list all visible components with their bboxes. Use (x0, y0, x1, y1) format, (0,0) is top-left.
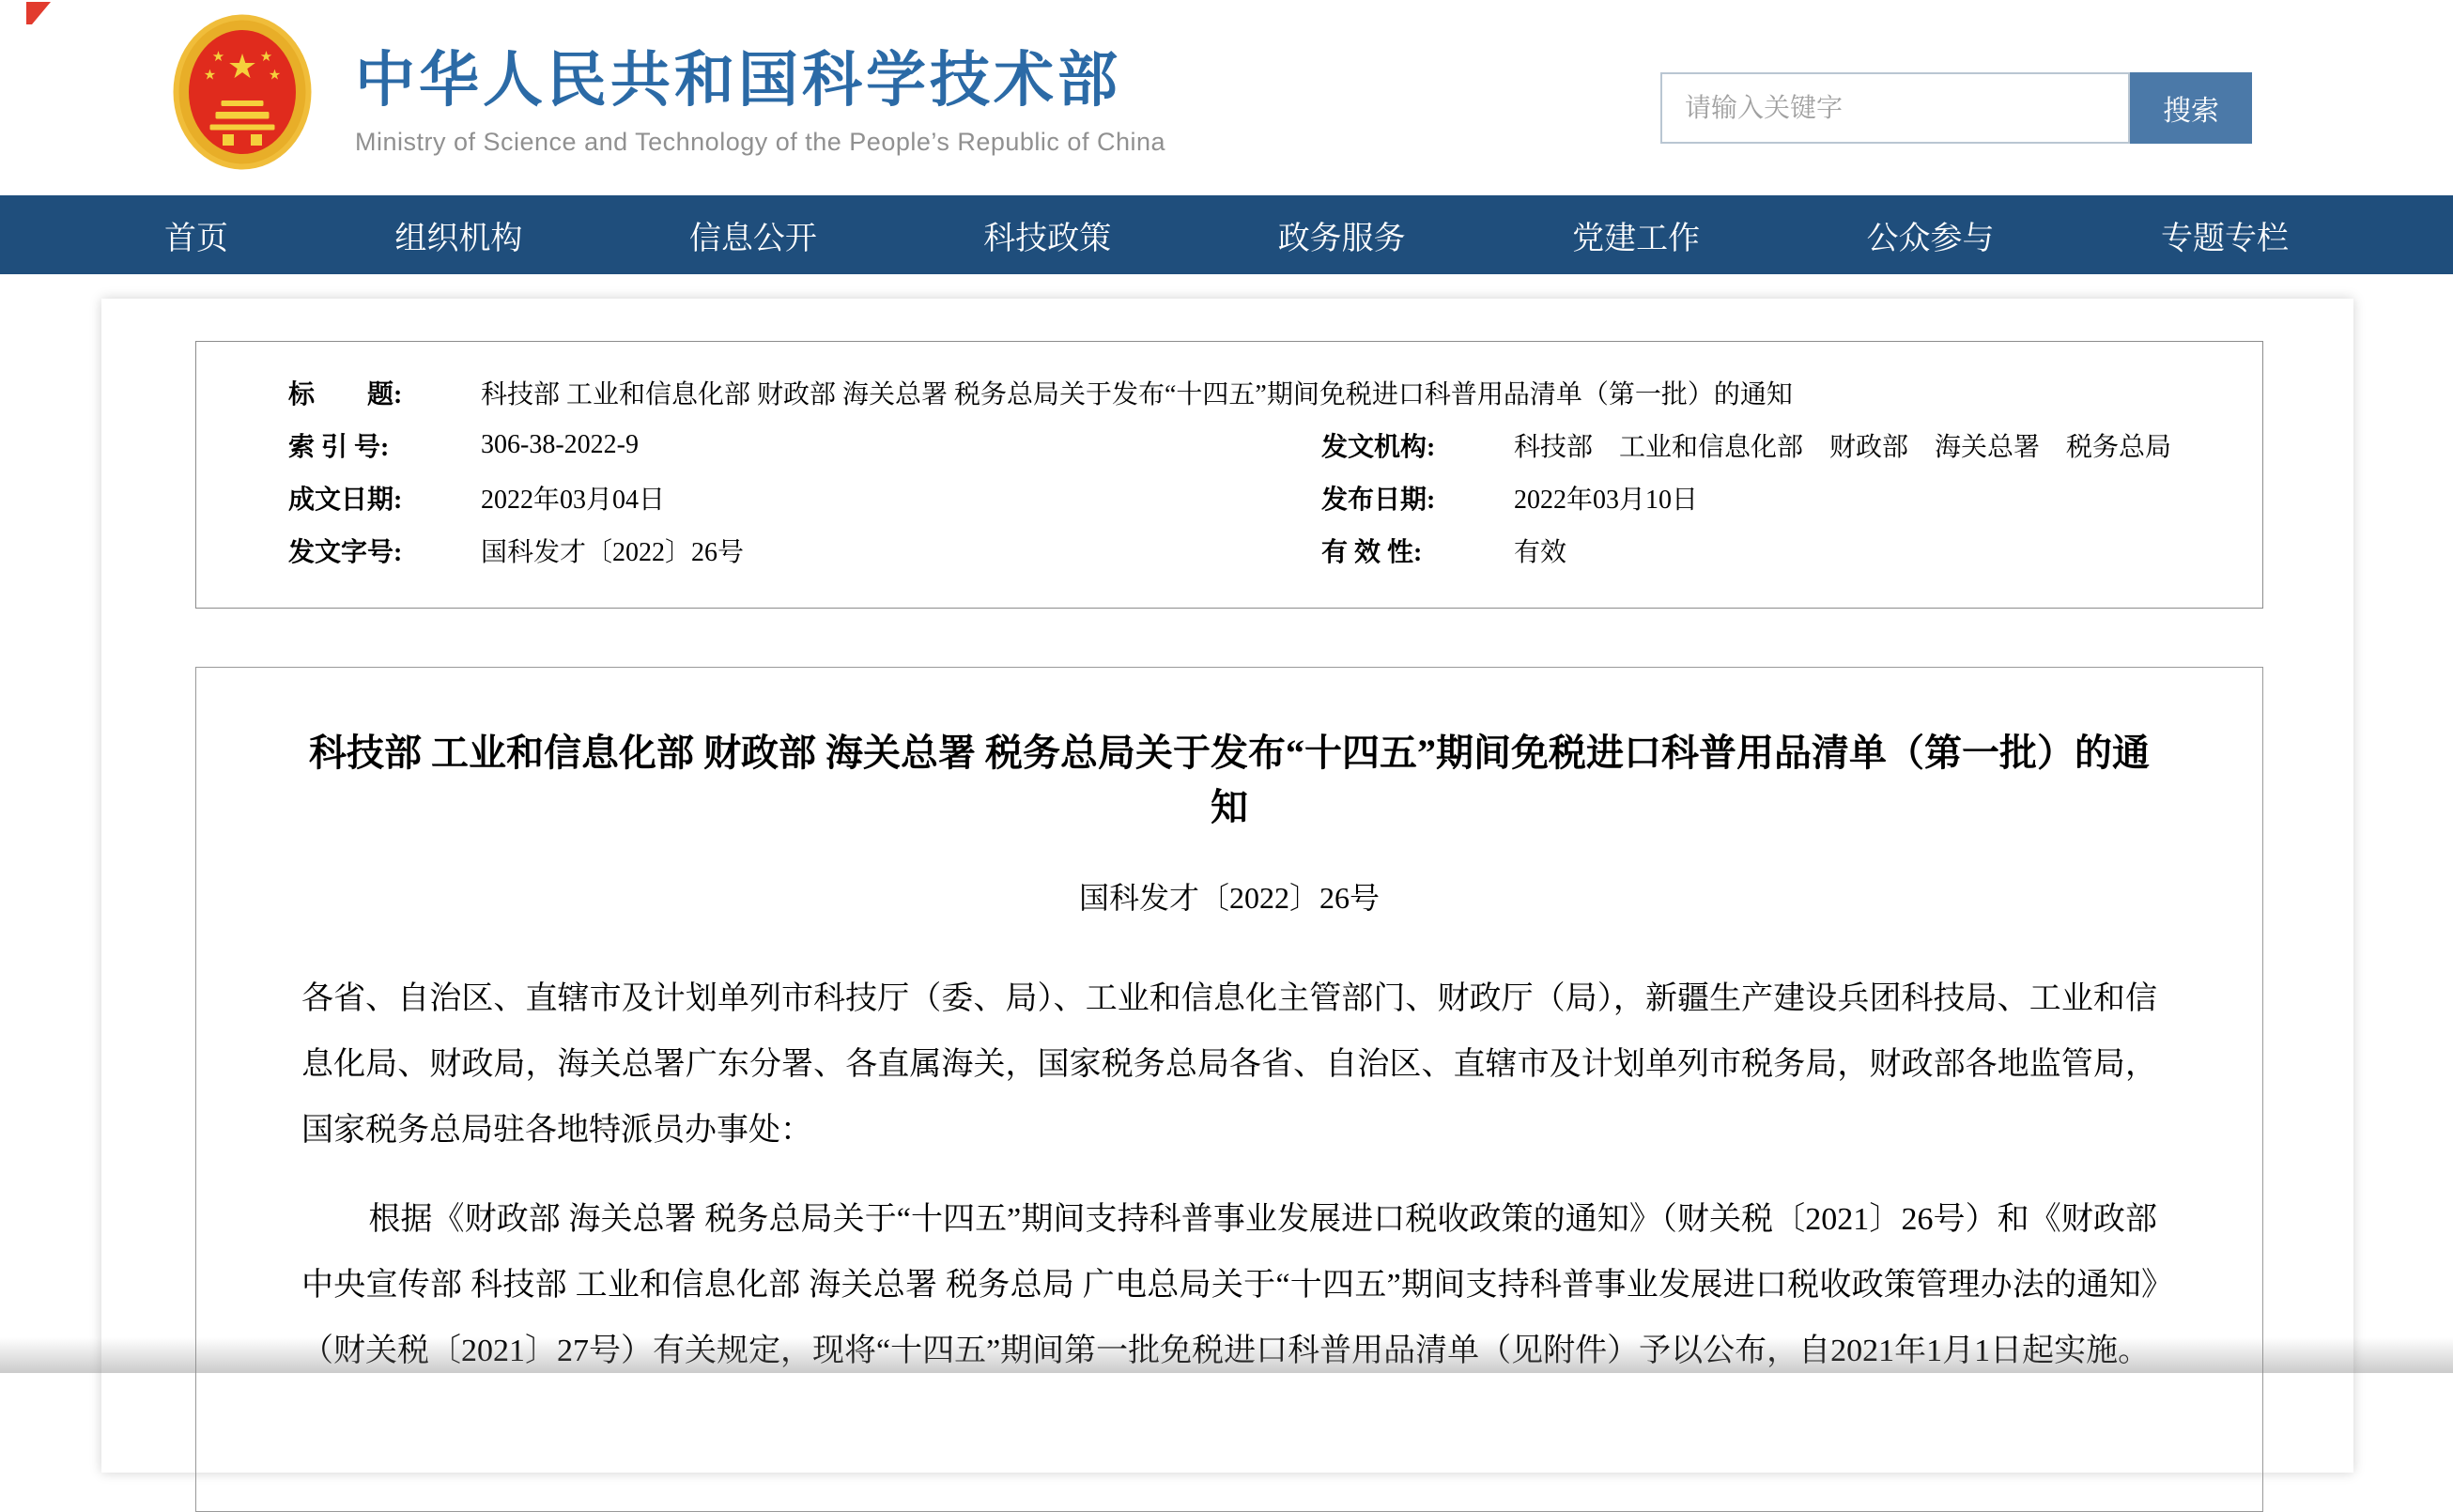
meta-title-label: 标 题: (288, 374, 481, 411)
corner-red-mark (26, 2, 51, 24)
document-title: 科技部 工业和信息化部 财政部 海关总署 税务总局关于发布“十四五”期间免税进口… (301, 726, 2157, 835)
nav-item-public-participation[interactable]: 公众参与 (1867, 212, 1995, 258)
svg-text:★: ★ (212, 49, 224, 65)
brand-block: 中华人民共和国科学技术部 Ministry of Science and Tec… (355, 32, 1165, 157)
nav-item-organization[interactable]: 组织机构 (394, 212, 522, 258)
meta-validity-value: 有效 (1514, 532, 2206, 569)
document-paragraph: 各省、自治区、直辖市及计划单列市科技厅（委、局）、工业和信息化主管部门、财政厅（… (301, 966, 2157, 1164)
meta-row: 成文日期: 2022年03月04日 发布日期: 2022年03月10日 (288, 471, 2206, 524)
meta-doc-number-value: 国科发才〔2022〕26号 (481, 532, 1321, 569)
site-subtitle: Ministry of Science and Technology of th… (355, 128, 1165, 157)
meta-title-value: 科技部 工业和信息化部 财政部 海关总署 税务总局关于发布“十四五”期间免税进口… (481, 374, 2206, 411)
document-body: 各省、自治区、直辖市及计划单列市科技厅（委、局）、工业和信息化主管部门、财政厅（… (301, 966, 2157, 1373)
meta-doc-number-label: 发文字号: (288, 532, 481, 569)
svg-text:★: ★ (227, 47, 257, 85)
svg-text:★: ★ (260, 49, 272, 65)
meta-publish-date-value: 2022年03月10日 (1514, 479, 2206, 517)
meta-publish-date-label: 发布日期: (1321, 479, 1514, 517)
nav-item-party-building[interactable]: 党建工作 (1572, 212, 1700, 258)
nav-item-sci-tech-policy[interactable]: 科技政策 (983, 212, 1111, 258)
meta-validity-label: 有 效 性: (1321, 532, 1514, 569)
search-bar: 搜索 (1660, 72, 2252, 144)
nav-item-information-disclosure[interactable]: 信息公开 (689, 212, 817, 258)
search-input[interactable] (1660, 72, 2130, 144)
nav-item-special-topics[interactable]: 专题专栏 (2161, 212, 2289, 258)
site-header: ★ ★ ★ ★ ★ 中华人民共和国科学技术部 Ministry of Scien… (0, 0, 2453, 195)
document-paragraph: 根据《财政部 海关总署 税务总局关于“十四五”期间支持科普事业发展进口税收政策的… (301, 1187, 2157, 1373)
meta-index-label: 索 引 号: (288, 426, 481, 464)
meta-issuing-agency-value: 科技部 工业和信息化部 财政部 海关总署 税务总局 (1514, 426, 2206, 464)
national-emblem-logo: ★ ★ ★ ★ ★ (172, 13, 313, 171)
meta-row: 发文字号: 国科发才〔2022〕26号 有 效 性: 有效 (288, 524, 2206, 577)
svg-text:★: ★ (269, 68, 281, 84)
meta-issuing-agency-label: 发文机构: (1321, 426, 1514, 464)
meta-index-value: 306-38-2022-9 (481, 430, 1321, 460)
site-title: 中华人民共和国科学技术部 (355, 32, 1165, 118)
nav-item-home[interactable]: 首页 (164, 212, 228, 258)
search-button[interactable]: 搜索 (2130, 72, 2252, 144)
document-metadata-box: 标 题: 科技部 工业和信息化部 财政部 海关总署 税务总局关于发布“十四五”期… (195, 341, 2263, 609)
main-content-panel: 标 题: 科技部 工业和信息化部 财政部 海关总署 税务总局关于发布“十四五”期… (101, 299, 2353, 1373)
nav-item-government-services[interactable]: 政务服务 (1278, 212, 1406, 258)
document-number: 国科发才〔2022〕26号 (301, 874, 2157, 918)
meta-row-title: 标 题: 科技部 工业和信息化部 财政部 海关总署 税务总局关于发布“十四五”期… (288, 366, 2206, 419)
meta-written-date-value: 2022年03月04日 (481, 479, 1321, 517)
svg-text:★: ★ (204, 68, 216, 84)
document-content-box: 科技部 工业和信息化部 财政部 海关总署 税务总局关于发布“十四五”期间免税进口… (195, 667, 2263, 1373)
meta-written-date-label: 成文日期: (288, 479, 481, 517)
meta-row: 索 引 号: 306-38-2022-9 发文机构: 科技部 工业和信息化部 财… (288, 419, 2206, 471)
main-nav: 首页 组织机构 信息公开 科技政策 政务服务 党建工作 公众参与 专题专栏 (0, 195, 2453, 274)
